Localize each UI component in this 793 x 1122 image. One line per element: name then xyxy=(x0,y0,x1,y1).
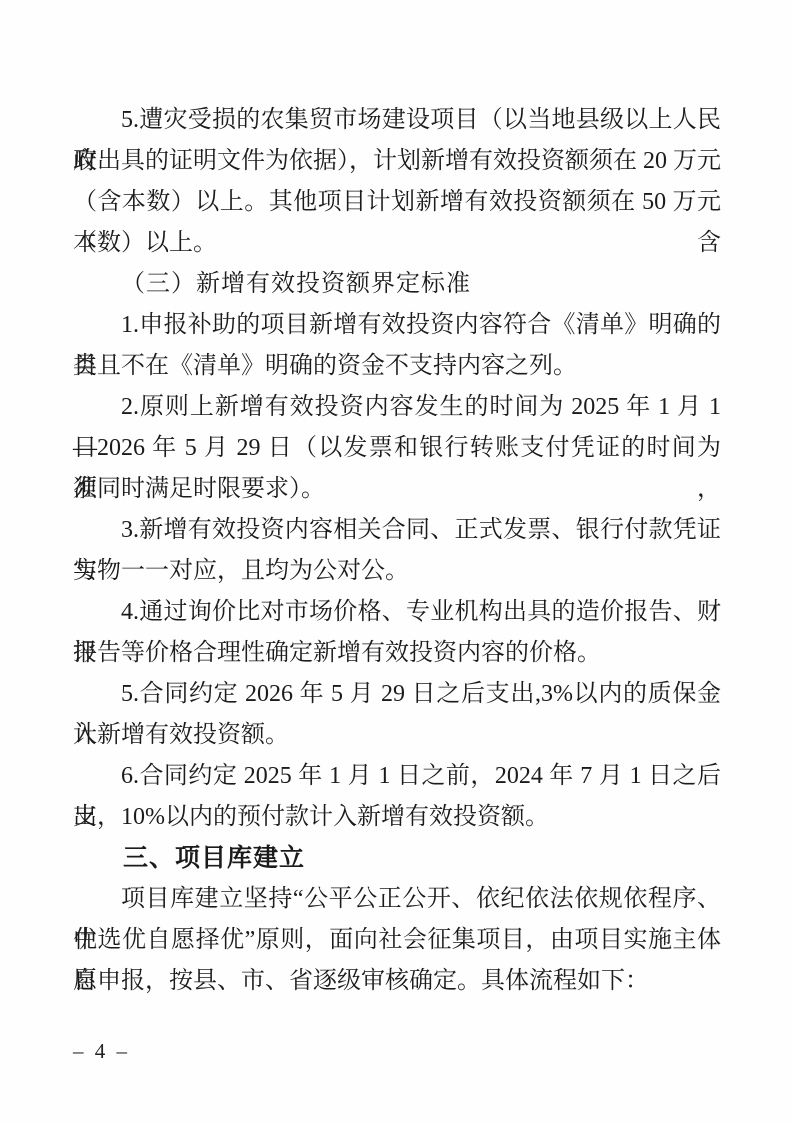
section-heading-criteria: （三）新增有效投资额界定标准 xyxy=(73,264,721,305)
doc-line: 4.通过询价比对市场价格、专业机构出具的造价报告、财评 xyxy=(73,592,721,633)
document-page: 5.遭灾受损的农集贸市场建设项目（以当地县级以上人民政 府出具的证明文件为依据）… xyxy=(0,0,793,1122)
doc-line: 府出具的证明文件为依据），计划新增有效投资额须在 20 万元 xyxy=(73,141,721,182)
doc-line: 5.合同约定 2026 年 5 月 29 日之后支出,3%以内的质保金计 xyxy=(73,674,721,715)
doc-line: 目且不在《清单》明确的资金不支持内容之列。 xyxy=(73,346,721,387)
doc-line: 愿申报，按县、市、省逐级审核确定。具体流程如下： xyxy=(73,961,721,1002)
doc-line: 出，10%以内的预付款计入新增有效投资额。 xyxy=(73,797,721,838)
document-body: 5.遭灾受损的农集贸市场建设项目（以当地县级以上人民政 府出具的证明文件为依据）… xyxy=(73,100,721,1002)
section-heading-project-library: 三、项目库建立 xyxy=(73,838,721,879)
doc-line: 2.原则上新增有效投资内容发生的时间为 2025 年 1 月 1 日 xyxy=(73,387,721,428)
doc-line: 项目库建立坚持“公平公正公开、依纪依法依规依程序、优 xyxy=(73,879,721,920)
doc-line: （含本数）以上。其他项目计划新增有效投资额须在 50 万元（含 xyxy=(73,182,721,223)
doc-line: 5.遭灾受损的农集贸市场建设项目（以当地县级以上人民政 xyxy=(73,100,721,141)
doc-line: 入新增有效投资额。 xyxy=(73,715,721,756)
page-number: – 4 – xyxy=(73,1036,130,1066)
doc-line: 1.申报补助的项目新增有效投资内容符合《清单》明确的类 xyxy=(73,305,721,346)
doc-line: —2026 年 5 月 29 日（以发票和银行转账支付凭证的时间为准， xyxy=(73,428,721,469)
doc-line: 6.合同约定 2025 年 1 月 1 日之前，2024 年 7 月 1 日之后… xyxy=(73,756,721,797)
doc-line: 实物一一对应，且均为公对公。 xyxy=(73,551,721,592)
doc-line: 3.新增有效投资内容相关合同、正式发票、银行付款凭证与 xyxy=(73,510,721,551)
doc-line: 报告等价格合理性确定新增有效投资内容的价格。 xyxy=(73,633,721,674)
doc-line: 中选优自愿择优”原则，面向社会征集项目，由项目实施主体自 xyxy=(73,920,721,961)
